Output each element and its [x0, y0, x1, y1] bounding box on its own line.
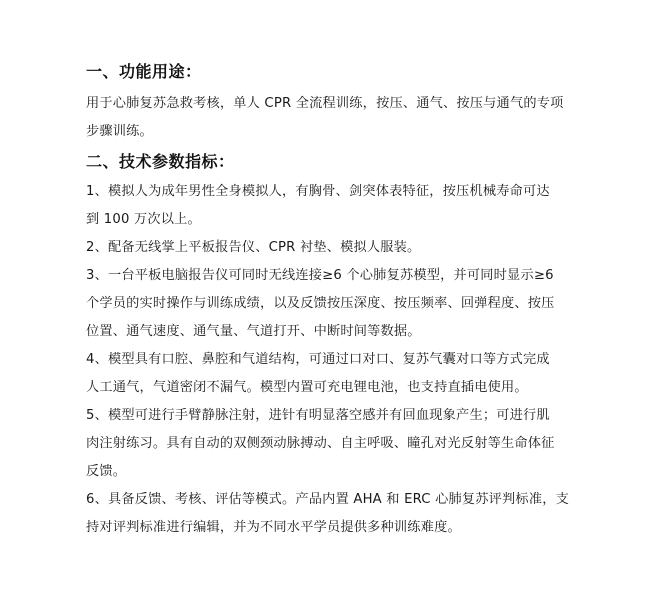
spec-item-5: 5、模型可进行手臂静脉注射，进针有明显落空感并有回血现象产生；可进行肌 肉注射练…	[86, 402, 586, 486]
spec-item-6: 6、具备反馈、考核、评估等模式。产品内置 AHA 和 ERC 心肺复苏评判标准，…	[86, 486, 586, 542]
text-line: 个学员的实时操作与训练成绩，以及反馈按压深度、按压频率、回弹程度、按压	[86, 290, 586, 318]
document-body: 一、功能用途： 用于心肺复苏急救考核，单人 CPR 全流程训练，按压、通气、按压…	[86, 58, 586, 542]
text-line: 1、模拟人为成年男性全身模拟人，有胸骨、剑突体表特征，按压机械寿命可达	[86, 178, 586, 206]
text-line: 位置、通气速度、通气量、气道打开、中断时间等数据。	[86, 318, 586, 346]
text-line: 到 100 万次以上。	[86, 206, 586, 234]
text-line: 6、具备反馈、考核、评估等模式。产品内置 AHA 和 ERC 心肺复苏评判标准，…	[86, 486, 586, 514]
text-line: 反馈。	[86, 458, 586, 486]
section-heading-specs: 二、技术参数指标：	[86, 148, 586, 178]
text-line: 用于心肺复苏急救考核，单人 CPR 全流程训练，按压、通气、按压与通气的专项	[86, 90, 586, 118]
spec-item-3: 3、一台平板电脑报告仪可同时无线连接≥6 个心肺复苏模型，并可同时显示≥6 个学…	[86, 262, 586, 346]
text-line: 5、模型可进行手臂静脉注射，进针有明显落空感并有回血现象产生；可进行肌	[86, 402, 586, 430]
text-line: 3、一台平板电脑报告仪可同时无线连接≥6 个心肺复苏模型，并可同时显示≥6	[86, 262, 586, 290]
spec-item-1: 1、模拟人为成年男性全身模拟人，有胸骨、剑突体表特征，按压机械寿命可达 到 10…	[86, 178, 586, 234]
text-line: 4、模型具有口腔、鼻腔和气道结构，可通过口对口、复苏气囊对口等方式完成	[86, 346, 586, 374]
text-line: 持对评判标准进行编辑，并为不同水平学员提供多种训练难度。	[86, 514, 586, 542]
text-line: 人工通气，气道密闭不漏气。模型内置可充电锂电池，也支持直插电使用。	[86, 374, 586, 402]
text-line: 肉注射练习。具有自动的双侧颈动脉搏动、自主呼吸、瞳孔对光反射等生命体征	[86, 430, 586, 458]
section-heading-function: 一、功能用途：	[86, 58, 586, 88]
function-description: 用于心肺复苏急救考核，单人 CPR 全流程训练，按压、通气、按压与通气的专项 步…	[86, 90, 586, 146]
spec-item-4: 4、模型具有口腔、鼻腔和气道结构，可通过口对口、复苏气囊对口等方式完成 人工通气…	[86, 346, 586, 402]
spec-item-2: 2、配备无线掌上平板报告仪、CPR 衬垫、模拟人服装。	[86, 234, 586, 262]
text-line: 2、配备无线掌上平板报告仪、CPR 衬垫、模拟人服装。	[86, 234, 586, 262]
text-line: 步骤训练。	[86, 118, 586, 146]
